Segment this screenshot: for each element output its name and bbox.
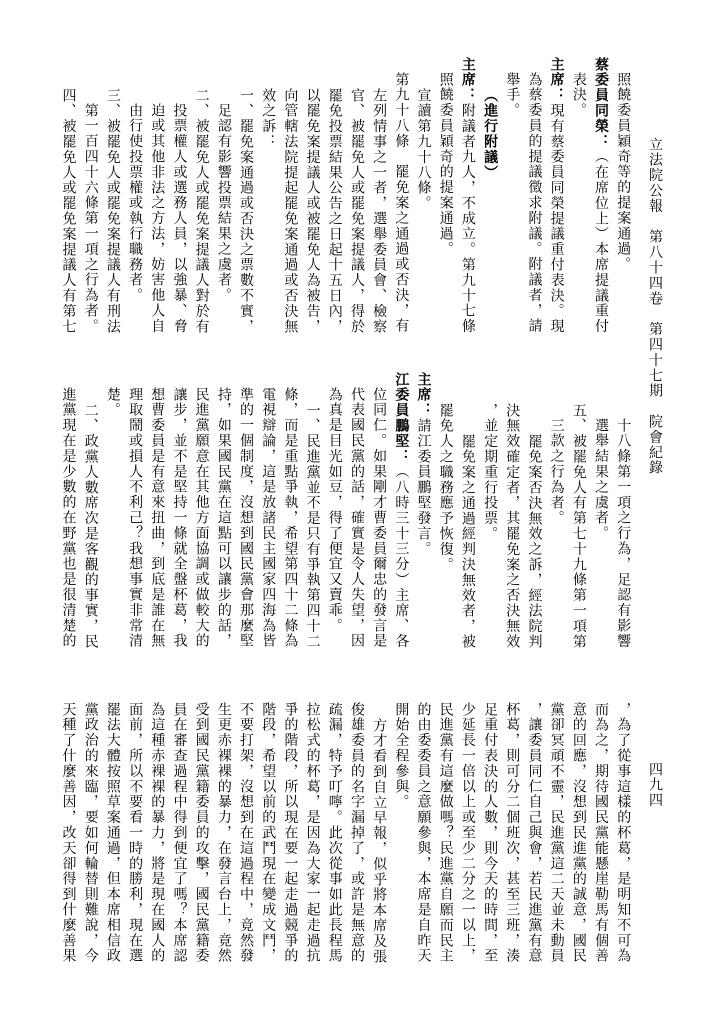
text-column: 向管轄法院提起罷免案通過或否決無 <box>279 57 301 357</box>
text-column: 選舉結果之虞者。 <box>590 372 612 672</box>
text-column: 電視辯論，這是放諸民主國家四海為皆 <box>257 372 279 672</box>
text-column: 階段，希望以前的武鬥現在變成文鬥， <box>257 687 279 987</box>
speaker-column: 主席：請江委員鵬堅發言。 <box>412 372 434 672</box>
text-column: 拉松式的杯葛，是因為大家一起走過抗 <box>301 687 323 987</box>
text-column: 俊雄委員的名字漏掉了，或許是無意的 <box>346 687 368 987</box>
text-column: 楚。 <box>102 372 124 672</box>
text-column: 舉手。 <box>501 57 523 357</box>
text-column: 理取鬧或損人不利己？我想事實非常清 <box>124 372 146 672</box>
text-column: 意的回應，沒想到民進黨的誠意，國民 <box>568 687 590 987</box>
text-column: 條，而是重點爭執，希望第四十二條為 <box>279 372 301 672</box>
list-item-column: 四、被罷免人或罷免案提議人有第七 <box>57 57 79 357</box>
text-column: 表決。 <box>568 57 590 357</box>
list-item-column: 三、被罷免人或罷免案提議人有刑法 <box>102 57 124 357</box>
text-column: ，並定期重行投票。 <box>479 372 501 672</box>
list-item-column: 五、被罷免人有第七十九條第一項第 <box>568 372 590 672</box>
text-column: 罷法大體按照草案通過，但本席相信政 <box>102 687 124 987</box>
text-column: 效之訴： <box>257 57 279 357</box>
text-column: ，讓委員同仁自己與會，若民進黨有意 <box>523 687 545 987</box>
text-column: 罷免人之職務應予恢復。 <box>435 372 457 672</box>
text-column: 第一百四十六條第一項之行為者。 <box>80 57 102 357</box>
page-number: 四九四 <box>644 762 666 822</box>
speech-text: 附議者九人，不成立。第九十七條 <box>460 103 476 334</box>
text-column: 代表國民黨的話，確實是令人失望，因 <box>346 372 368 672</box>
article-heading-column: 第九十八條 罷免案之通過或否決，有 <box>390 57 412 357</box>
speaker-name: 主席： <box>416 372 432 418</box>
text-column: 罷免投票結果公告之日起十五日內， <box>324 57 346 357</box>
tier-3: ，為了從事這樣的杯葛，是明知不可為 而為之，期待國民黨能懸崖勒馬有個善 意的回應… <box>57 687 634 987</box>
text-column: 為蔡委員的提議徵求附議。附議者，請 <box>523 57 545 357</box>
text-column: 罷免案之通過經判決無效者，被 <box>457 372 479 672</box>
text-column: 為真是目光如豆，得了便宜又賣乖。 <box>324 372 346 672</box>
text-column: 投票權人或選務人員，以強暴、脅 <box>168 57 190 357</box>
paragraph-start-column: 方才看到自立早報，似乎將本席及張 <box>368 687 390 987</box>
speaker-column: 蔡委員同榮：（在席位上）本席提議重付 <box>590 57 612 357</box>
text-column: 讓步，並不是堅持一條就全盤杯葛，我 <box>168 372 190 672</box>
text-column: 疏漏，特予叮嚀。此次從事如此長程馬 <box>324 687 346 987</box>
speaker-name: 主席： <box>460 57 476 103</box>
text-column: 不要打架，沒想到在這過程中，竟然發 <box>235 687 257 987</box>
text-column: 迫或其他非法之方法，妨害他人自 <box>146 57 168 357</box>
text-column: 杯葛，則可分二個班次，甚至三班，湊 <box>501 687 523 987</box>
text-column: 的由委委員之意願參與，本席是自昨天 <box>412 687 434 987</box>
gazette-page: 立法院公報 第八十四卷 第四十七期 院會紀錄 四九四 照饒委員穎奇等的提案通過。… <box>0 0 726 1024</box>
text-column: 三款之行為者。 <box>545 372 567 672</box>
text-column: 官、被罷免人或罷免案提議人，得於 <box>346 57 368 357</box>
text-column: 足認有影響投票結果之虞者。 <box>213 57 235 357</box>
text-column: 決無效確定者，其罷免案之否決無效 <box>501 372 523 672</box>
speaker-column: 主席：現有蔡委員同榮提議重付表決。現 <box>545 57 567 357</box>
text-column: 受到國民黨籍委員的攻擊，國民黨籍委 <box>190 687 212 987</box>
speaker-name: 主席： <box>549 57 565 103</box>
text-column: ，為了從事這樣的杯葛，是明知不可為 <box>612 687 634 987</box>
tier-1: 照饒委員穎奇等的提案通過。 蔡委員同榮：（在席位上）本席提議重付 表決。 主席：… <box>57 57 634 357</box>
speaker-name: 江委員鵬堅： <box>393 372 409 464</box>
text-column: 民進黨願意在其他方面協調或做較大的 <box>190 372 212 672</box>
speaker-column: 江委員鵬堅：（八時三十三分）主席、各 <box>390 372 412 672</box>
text-column: 為這種赤裸裸的暴力，將是現在國人的 <box>146 687 168 987</box>
text-column: 持，如果國民黨在這點可以讓步的話， <box>213 372 235 672</box>
text-column: 爭的階段，所以現在要一起走過競爭的 <box>279 687 301 987</box>
text-column: 進黨現在是少數的在野黨也是很清楚的 <box>57 372 79 672</box>
running-header: 立法院公報 第八十四卷 第四十七期 院會紀錄 <box>644 137 666 497</box>
list-item-column: 二、被罷免人或罷免案提議人對於有 <box>190 57 212 357</box>
list-item-column: 一、罷免案通過或否決之票數不實， <box>235 57 257 357</box>
text-column: 開始全程參與。 <box>390 687 412 987</box>
speech-text: （八時三十三分）主席、各 <box>393 464 409 649</box>
text-column: 天種了什麼善因，改天卻得到什麼善果 <box>57 687 79 987</box>
text-column: 而為之，期待國民黨能懸崖勒馬有個善 <box>590 687 612 987</box>
text-column: 罷免案否決無效之訴，經法院判 <box>523 372 545 672</box>
speaker-name: 蔡委員同榮： <box>593 57 609 149</box>
text-column: 位同仁。如果剛才曹委員爾忠的發言是 <box>368 372 390 672</box>
list-item-column: 二、政黨人數席次是客觀的事實，民 <box>80 372 102 672</box>
procedure-note: （進行附議） <box>479 57 501 357</box>
text-column: 想曹委員是有意來扭曲，到底是誰在無 <box>146 372 168 672</box>
text-column: 十八條第一項之行為，足認有影響 <box>612 372 634 672</box>
text-column: 足重付表決的人數，則今天的時間，至 <box>479 687 501 987</box>
speech-text: 現有蔡委員同榮提議重付表決。現 <box>549 103 565 334</box>
text-column: 以罷免案提議人或被罷免人為被告， <box>301 57 323 357</box>
text-column: 黨卻冥頑不靈，民進黨這二天並未動員 <box>545 687 567 987</box>
list-item-column: 一、民進黨並不是只有爭執第四十二 <box>301 372 323 672</box>
text-column: 少延長一倍以上或至少二分之一以上， <box>457 687 479 987</box>
text-column: 照饒委員穎奇的提案通過。 <box>435 57 457 357</box>
text-column: 準的一個制度，沒想到國民黨會那麼堅 <box>235 372 257 672</box>
text-column: 員在審查過程中得到便宜了嗎？本席認 <box>168 687 190 987</box>
text-column: 生更赤裸裸的暴力，在發言台上，竟然 <box>213 687 235 987</box>
text-column: 宣讀第九十八條。 <box>412 57 434 357</box>
text-column: 照饒委員穎奇等的提案通過。 <box>612 57 634 357</box>
text-column: 左列情事之一者，選舉委員會、檢察 <box>368 57 390 357</box>
text-column: 面前，所以不要看一時的勝利，現在選 <box>124 687 146 987</box>
text-column: 由行使投票權或執行職務者。 <box>124 57 146 357</box>
text-column: 黨政治的來臨，要如何輪替則難說，今 <box>80 687 102 987</box>
tier-2: 十八條第一項之行為，足認有影響 選舉結果之虞者。 五、被罷免人有第七十九條第一項… <box>57 372 634 672</box>
text-column: 民進黨有這麼做嗎？民進黨自願而民主 <box>435 687 457 987</box>
speech-text: （在席位上）本席提議重付 <box>593 149 609 334</box>
speech-text: 請江委員鵬堅發言。 <box>416 418 432 557</box>
speaker-column: 主席：附議者九人，不成立。第九十七條 <box>457 57 479 357</box>
